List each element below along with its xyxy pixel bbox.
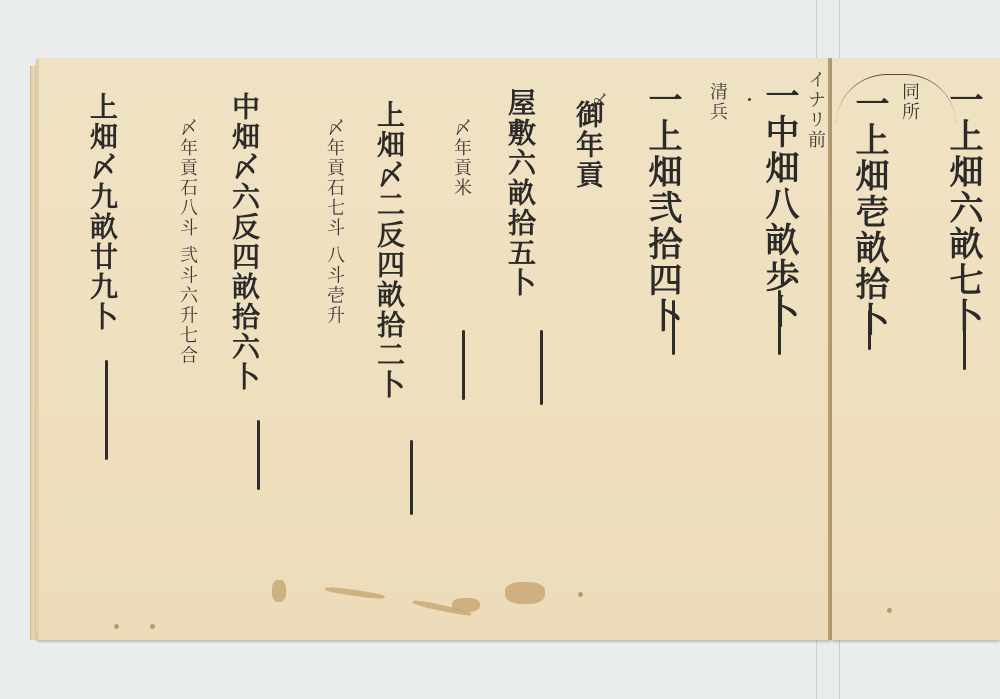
ink-tail-stroke: [410, 440, 413, 515]
entry-text: 御年貢: [572, 100, 605, 190]
pinhole: [748, 98, 751, 101]
left-col-10: 〆年貢石七斗 八斗壱升: [325, 118, 343, 326]
entry-text: 中畑〆六反四畝拾六卜: [228, 92, 261, 392]
right-col-2: 一上畑壱畝拾卜: [852, 86, 886, 338]
entry-text: 屋敷六畝拾五卜: [504, 88, 537, 298]
ink-tail-stroke: [257, 420, 260, 490]
left-col-7: 屋敷六畝拾五卜: [506, 88, 534, 298]
entry-text: 清兵: [707, 82, 728, 122]
ink-tail-stroke: [462, 330, 465, 400]
item-marker: 一: [849, 86, 889, 122]
entry-text: 上畑壱畝拾卜: [849, 122, 889, 338]
left-col-11: 中畑〆六反四畝拾六卜: [230, 92, 258, 392]
left-col-12: 〆年貢石八斗 弐斗六升七合: [178, 118, 196, 366]
entry-text: 〆年貢米: [451, 118, 472, 198]
pinhole: [150, 624, 155, 629]
wormhole-damage: [272, 580, 286, 602]
pinhole: [578, 592, 583, 597]
right-col-2-annotation: 同所: [900, 82, 918, 122]
wormhole-damage: [505, 582, 545, 604]
ink-tail-stroke: [868, 310, 871, 350]
ink-tail-stroke: [778, 290, 781, 355]
left-col-13: 上畑〆九畝廿九卜: [88, 92, 116, 332]
entry-text: 〆: [587, 92, 608, 112]
ink-tail-stroke: [963, 310, 966, 370]
entry-text: 上畑六畝七卜: [943, 118, 983, 334]
ink-tail-stroke: [672, 300, 675, 355]
left-col-9: 上畑〆二反四畝拾二卜: [375, 100, 403, 400]
entry-text: 上畑弐拾四卜: [642, 118, 682, 334]
left-col-8: 〆年貢米: [452, 118, 470, 198]
entry-text: イナリ前: [805, 70, 826, 150]
right-col-1: 一上畑六畝七卜: [946, 82, 980, 334]
left-col-5: 御年貢: [574, 100, 602, 190]
ink-tail-stroke: [540, 330, 543, 405]
entry-text: 〆年貢石八斗 弐斗六升七合: [177, 118, 198, 366]
pinhole: [114, 624, 119, 629]
left-col-1-heading: イナリ前: [806, 70, 824, 150]
left-col-6-mark: 〆: [588, 92, 606, 112]
entry-text: 〆年貢石七斗 八斗壱升: [324, 118, 345, 326]
left-col-4: 一上畑弐拾四卜: [645, 82, 679, 334]
item-marker: 一: [759, 78, 799, 114]
entry-text: 上畑〆二反四畝拾二卜: [373, 100, 406, 400]
wormhole-damage: [452, 598, 480, 612]
entry-text: 上畑〆九畝廿九卜: [86, 92, 119, 332]
pinhole: [887, 608, 892, 613]
left-col-3-annotation: 清兵: [708, 82, 726, 122]
left-page: [36, 58, 831, 640]
item-marker: 一: [943, 82, 983, 118]
item-marker: 一: [642, 82, 682, 118]
ink-tail-stroke: [105, 360, 108, 460]
annotation-text: 同所: [899, 82, 920, 122]
